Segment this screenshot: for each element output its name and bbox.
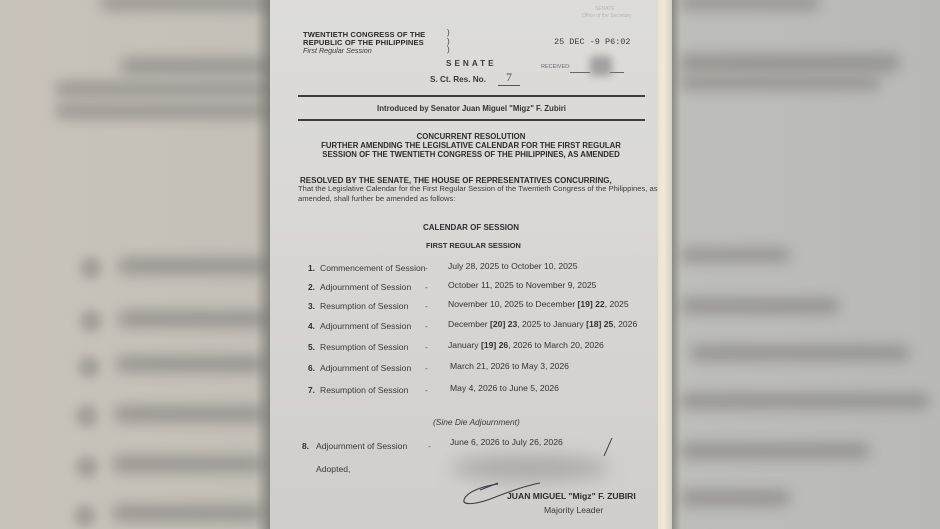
- entry-dash: -: [425, 301, 428, 311]
- entry-dash: -: [425, 385, 428, 395]
- entry-number: 3.: [308, 301, 315, 311]
- session-label: First Regular Session: [303, 46, 372, 55]
- entry-label: Resumption of Session: [320, 385, 408, 395]
- title-line-2: SESSION OF THE TWENTIETH CONGRESS OF THE…: [290, 150, 652, 160]
- entry-dates: November 10, 2025 to December [19] 22, 2…: [448, 299, 629, 309]
- entry-label: Resumption of Session: [320, 301, 408, 311]
- entry-dates: March 21, 2026 to May 3, 2026: [450, 361, 569, 371]
- resolution-body: That the Legislative Calendar for the Fi…: [298, 184, 658, 204]
- entry-dates: January [19] 26, 2026 to March 20, 2026: [448, 340, 604, 350]
- entry-label: Commencement of Session: [320, 263, 426, 273]
- resolution-label: S. Ct. Res. No.: [430, 75, 486, 84]
- redaction: [590, 56, 612, 76]
- entry-number: 6.: [308, 363, 315, 373]
- entry-dash: -: [425, 321, 428, 331]
- entry-label: Adjournment of Session: [320, 282, 411, 292]
- photo-shadow-left: [255, 0, 271, 529]
- entry-number: 1.: [308, 263, 315, 273]
- entry-8-number: 8.: [302, 441, 309, 451]
- entry-number: 2.: [308, 282, 315, 292]
- session-heading: FIRST REGULAR SESSION: [426, 241, 521, 250]
- entry-dates: December [20] 23, 2025 to January [18] 2…: [448, 319, 637, 329]
- calendar-heading: CALENDAR OF SESSION: [423, 223, 519, 232]
- checkmark-stroke: [600, 436, 616, 458]
- entry-number: 5.: [308, 342, 315, 352]
- introduced-by: Introduced by Senator Juan Miguel "Migz"…: [298, 104, 645, 113]
- stamp-office-sub: Office of the Secretary: [582, 13, 632, 19]
- entry-dates: July 28, 2025 to October 10, 2025: [448, 261, 577, 271]
- entry-dash: -: [425, 363, 428, 373]
- received-label: RECEIVED:: [541, 64, 571, 70]
- resolution-number: 7: [498, 70, 520, 86]
- entry-dash: -: [425, 282, 428, 292]
- entry-dash: -: [425, 342, 428, 352]
- signatory-name: JUAN MIGUEL "Migz" F. ZUBIRI: [507, 491, 636, 501]
- entry-dash: -: [425, 263, 428, 273]
- entry-number: 7.: [308, 385, 315, 395]
- photo-shadow-right: [671, 0, 681, 529]
- entry-number: 4.: [308, 321, 315, 331]
- stamp-office: SENATE: [595, 6, 615, 12]
- entry-dates: October 11, 2025 to November 9, 2025: [448, 280, 596, 290]
- document-photo: TWENTIETH CONGRESS OF THE REPUBLIC OF TH…: [270, 0, 672, 529]
- chamber-label: SENATE: [446, 59, 497, 68]
- entry-label: Adjournment of Session: [320, 363, 411, 373]
- sine-die-label: (Sine Die Adjournment): [433, 417, 520, 427]
- entry-label: Resumption of Session: [320, 342, 408, 352]
- resolution-document: TWENTIETH CONGRESS OF THE REPUBLIC OF TH…: [270, 0, 672, 529]
- signatory-title: Majority Leader: [544, 505, 603, 515]
- brace: ))): [447, 29, 450, 55]
- entry-dates: May 4, 2026 to June 5, 2026: [450, 383, 559, 393]
- entry-8-dash: -: [428, 441, 431, 451]
- entry-label: Adjournment of Session: [320, 321, 411, 331]
- entry-8-label: Adjournment of Session: [316, 441, 407, 451]
- received-stamp: 25 DEC -9 P6:02: [554, 37, 631, 47]
- adopted-label: Adopted,: [316, 464, 350, 474]
- entry-8-dates: June 6, 2026 to July 26, 2026: [450, 437, 563, 447]
